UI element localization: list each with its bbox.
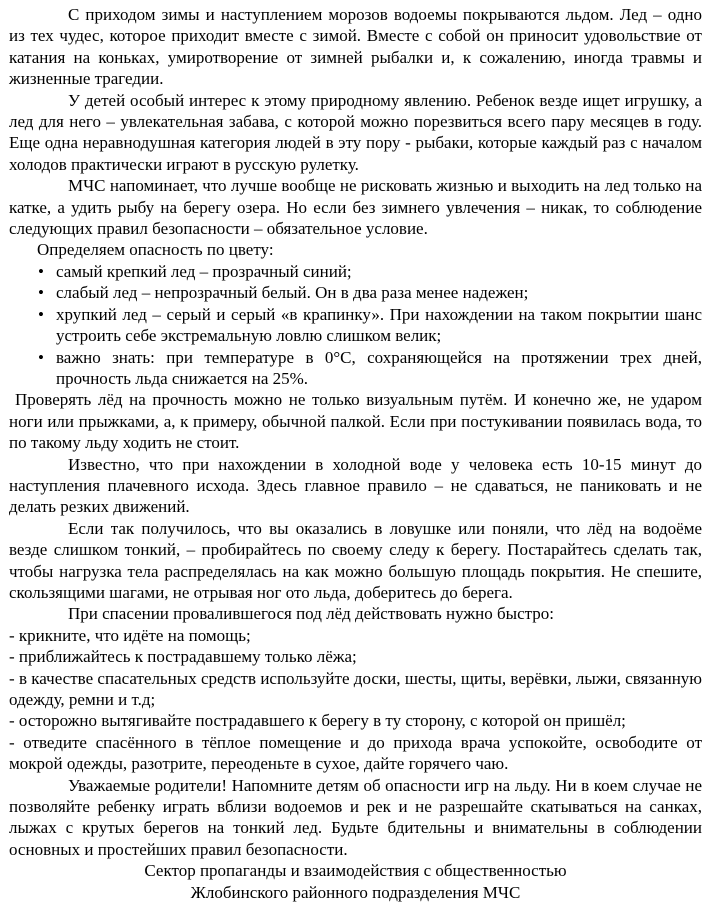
bullet-icon: • xyxy=(38,282,44,303)
color-bullet-list: • самый крепкий лед – прозрачный синий; … xyxy=(9,261,702,389)
bullet-item-fragile-ice: • хрупкий лед – серый и серый «в крапинк… xyxy=(9,304,702,347)
bullet-text: самый крепкий лед – прозрачный синий; xyxy=(56,262,352,281)
rescue-step-shout: - крикните, что идёте на помощь; xyxy=(9,625,702,646)
paragraph-parents-note: Уважаемые родители! Напомните детям об о… xyxy=(9,775,702,861)
bullet-item-weak-ice: • слабый лед – непрозрачный белый. Он в … xyxy=(9,282,702,303)
paragraph-cold-water: Известно, что при нахождении в холодной … xyxy=(9,454,702,518)
document-page: С приходом зимы и наступлением морозов в… xyxy=(0,0,712,905)
bullet-icon: • xyxy=(38,261,44,282)
bullet-item-temperature-note: • важно знать: при температуре в 0°С, со… xyxy=(9,347,702,390)
rescue-step-warm: - отведите спасённого в тёплое помещение… xyxy=(9,732,702,775)
signature-sector-line: Сектор пропаганды и взаимодействия с общ… xyxy=(9,860,702,881)
bullet-item-strong-ice: • самый крепкий лед – прозрачный синий; xyxy=(9,261,702,282)
rescue-step-crawl: - приближайтесь к пострадавшему только л… xyxy=(9,646,702,667)
rescue-heading: При спасении провалившегося под лёд дейс… xyxy=(9,603,702,624)
bullet-text: слабый лед – непрозрачный белый. Он в дв… xyxy=(56,283,528,302)
paragraph-children-interest: У детей особый интерес к этому природном… xyxy=(9,90,702,176)
rescue-step-tools: - в качестве спасательных средств исполь… xyxy=(9,668,702,711)
paragraph-mchs-reminder: МЧС напоминает, что лучше вообще не риск… xyxy=(9,175,702,239)
signature-unit-line: Жлобинского районного подразделения МЧС xyxy=(9,882,702,903)
rescue-step-pull: - осторожно вытягивайте пострадавшего к … xyxy=(9,710,702,731)
paragraph-winter-intro: С приходом зимы и наступлением морозов в… xyxy=(9,4,702,90)
bullet-text: хрупкий лед – серый и серый «в крапинку»… xyxy=(56,305,702,345)
bullet-icon: • xyxy=(38,347,44,368)
paragraph-trapped: Если так получилось, что вы оказались в … xyxy=(9,518,702,604)
bullet-text: важно знать: при температуре в 0°С, сохр… xyxy=(56,348,702,388)
bullet-icon: • xyxy=(38,304,44,325)
paragraph-check-strength: Проверять лёд на прочность можно не толь… xyxy=(9,389,702,453)
color-danger-heading: Определяем опасность по цвету: xyxy=(9,239,702,260)
